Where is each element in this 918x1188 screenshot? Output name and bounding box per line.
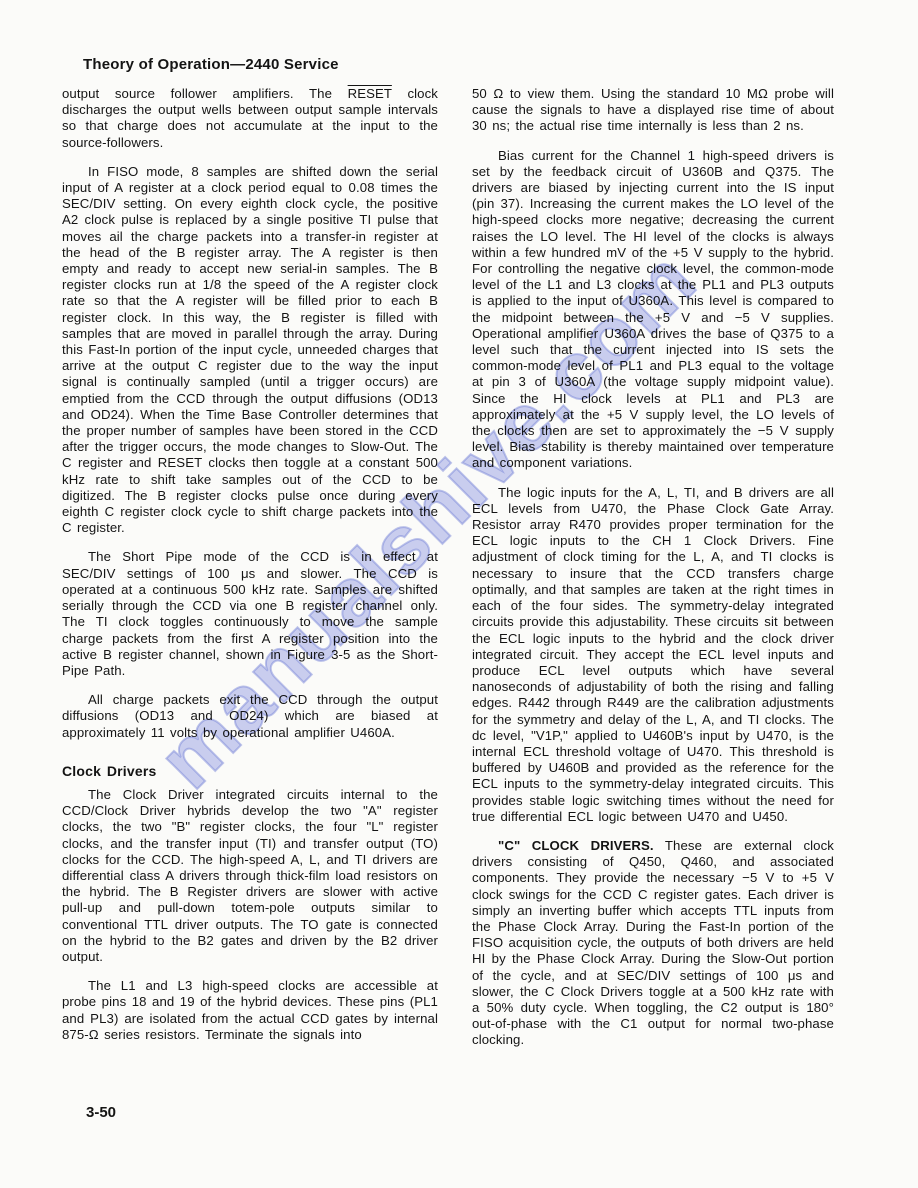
reset-signal-label: RESET xyxy=(348,86,392,101)
paragraph-logic-inputs: The logic inputs for the A, L, TI, and B… xyxy=(472,485,834,825)
page-number: 3-50 xyxy=(86,1104,116,1121)
c-clock-drivers-rest: These are external clock drivers consist… xyxy=(472,838,834,1047)
paragraph-bias-current: Bias current for the Channel 1 high-spee… xyxy=(472,148,834,472)
heading-clock-drivers: Clock Drivers xyxy=(62,763,438,779)
left-column: output source follower amplifiers. The R… xyxy=(62,86,438,1056)
paragraph-fiso-mode: In FISO mode, 8 samples are shifted down… xyxy=(62,164,438,537)
c-clock-drivers-lead: "C" CLOCK DRIVERS. xyxy=(498,838,654,853)
manual-page: Theory of Operation—2440 Service manuals… xyxy=(0,0,918,1188)
paragraph-c-clock-drivers: "C" CLOCK DRIVERS. These are external cl… xyxy=(472,838,834,1049)
paragraph-reset-pre: output source follower amplifiers. The xyxy=(62,86,348,101)
page-title: Theory of Operation—2440 Service xyxy=(83,56,339,73)
right-column: 50 Ω to view them. Using the standard 10… xyxy=(472,86,834,1062)
paragraph-terminate-continued: 50 Ω to view them. Using the standard 10… xyxy=(472,86,834,135)
paragraph-clock-driver-ics: The Clock Driver integrated circuits int… xyxy=(62,787,438,965)
paragraph-reset-clock: output source follower amplifiers. The R… xyxy=(62,86,438,151)
paragraph-short-pipe: The Short Pipe mode of the CCD is in eff… xyxy=(62,549,438,679)
paragraph-all-charge: All charge packets exit the CCD through … xyxy=(62,692,438,741)
paragraph-l1-l3-clocks: The L1 and L3 high-speed clocks are acce… xyxy=(62,978,438,1043)
